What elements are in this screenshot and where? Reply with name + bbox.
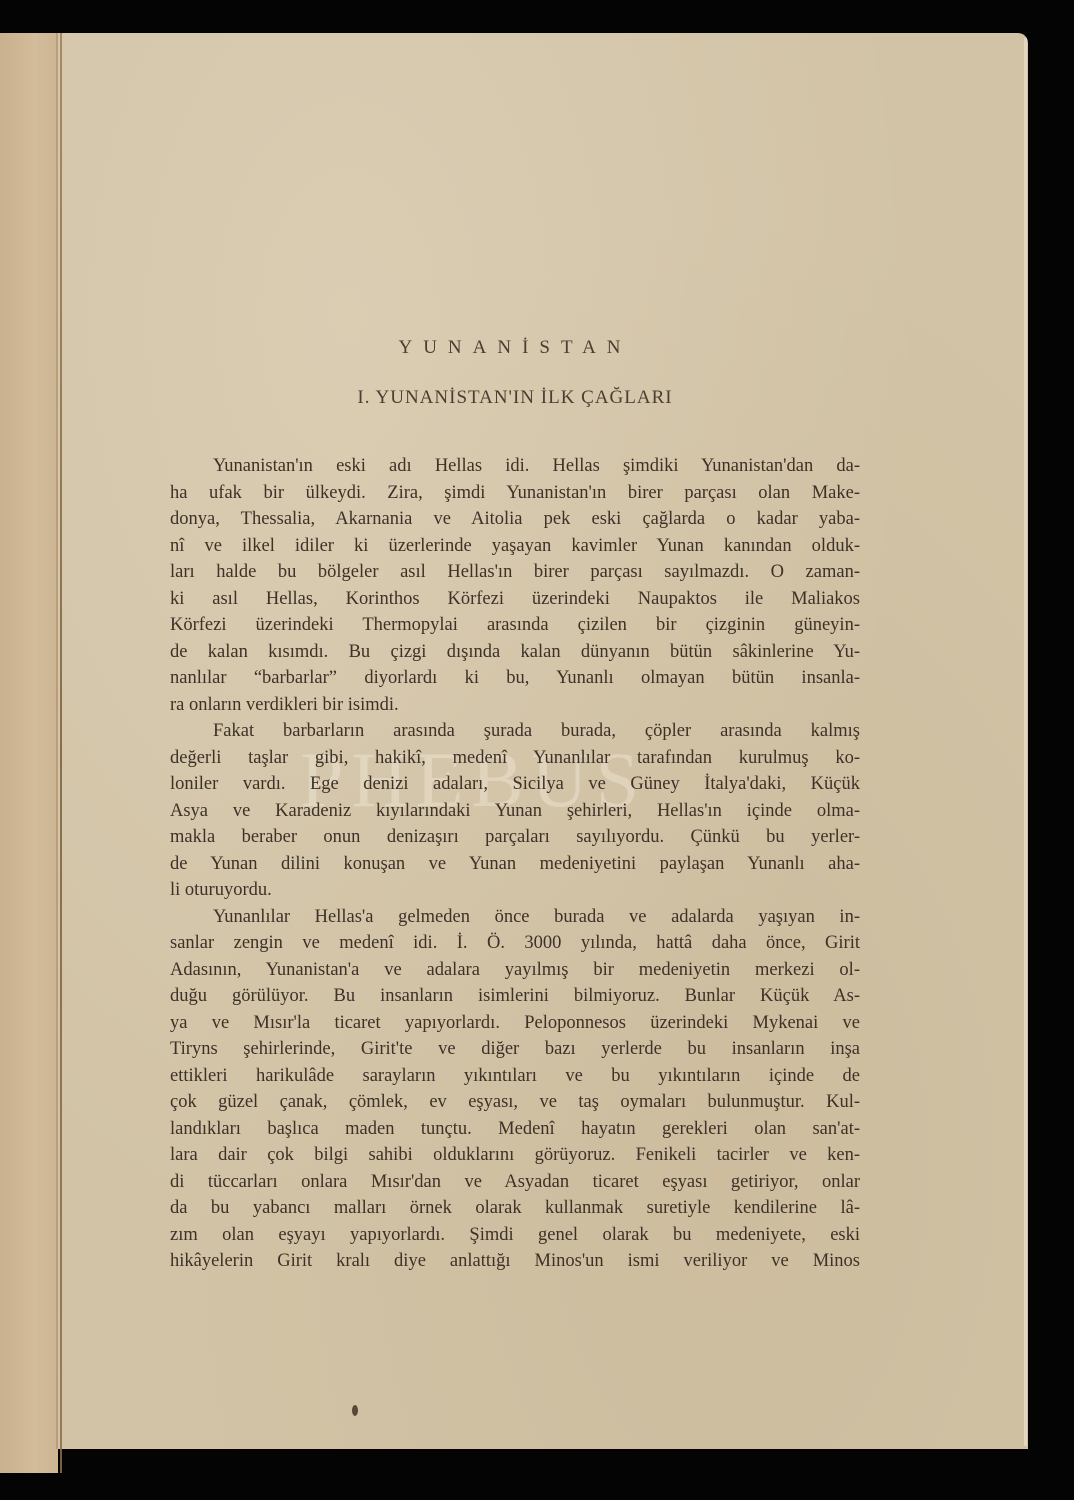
text-line: donya, Thessalia, Akarnania ve Aitolia p… — [170, 506, 860, 532]
text-line: Yunanistan'ın eski adı Hellas idi. Hella… — [213, 453, 860, 479]
text-line: zım olan eşyayı yapıyorlardı. Şimdi gene… — [170, 1222, 860, 1248]
text-line: makla beraber onun denizaşırı parçaları … — [170, 824, 860, 850]
text-line: Yunanlılar Hellas'a gelmeden önce burada… — [213, 904, 860, 930]
text-line: di tüccarları onlara Mısır'dan ve Asyada… — [170, 1169, 860, 1195]
text-line: çok güzel çanak, çömlek, ev eşyası, ve t… — [170, 1089, 860, 1115]
text-line: ra onların verdikleri bir isimdi. — [170, 692, 860, 718]
page-gutter — [60, 33, 62, 1473]
left-page-edge — [0, 33, 58, 1473]
text-line: li oturuyordu. — [170, 877, 860, 903]
text-line: Tiryns şehirlerinde, Girit'te ve diğer b… — [170, 1036, 860, 1062]
section-heading: YUNANİSTAN — [170, 337, 860, 359]
text-line: nanlılar “barbarlar” diyorlardı ki bu, Y… — [170, 665, 860, 691]
text-line: duğu görülüyor. Bu insanların isimlerini… — [170, 983, 860, 1009]
text-line: Adasının, Yunanistan'a ve adalara yayılm… — [170, 957, 860, 983]
text-line: landıkları başlıca maden tunçtu. Medenî … — [170, 1116, 860, 1142]
text-line: ya ve Mısır'la ticaret yapıyorlardı. Pel… — [170, 1010, 860, 1036]
text-line: hikâyelerin Girit kralı diye anlattığı M… — [170, 1248, 860, 1274]
text-line: Fakat barbarların arasında şurada burada… — [213, 718, 860, 744]
ink-spot — [352, 1405, 358, 1416]
text-line: ettikleri harikulâde sarayların yıkıntıl… — [170, 1063, 860, 1089]
text-line: da bu yabancı malları örnek olarak kulla… — [170, 1195, 860, 1221]
text-line: ları halde bu bölgeler asıl Hellas'ın bi… — [170, 559, 860, 585]
text-line: ki asıl Hellas, Korinthos Körfezi üzerin… — [170, 586, 860, 612]
text-line: loniler vardı. Ege denizi adaları, Sicil… — [170, 771, 860, 797]
text-line: değerli taşlar gibi, hakikî, medenî Yuna… — [170, 745, 860, 771]
chapter-title: I. YUNANİSTAN'IN İLK ÇAĞLARI — [170, 387, 860, 409]
text-line: ha ufak bir ülkeydi. Zira, şimdi Yunanis… — [170, 480, 860, 506]
text-line: nî ve ilkel idiler ki üzerlerinde yaşaya… — [170, 533, 860, 559]
page-edge-right — [1024, 38, 1027, 1446]
text-line: Asya ve Karadeniz kıyılarındaki Yunan şe… — [170, 798, 860, 824]
text-line: lara dair çok bilgi sahibi olduklarını g… — [170, 1142, 860, 1168]
text-line: sanlar zengin ve medenî idi. İ. Ö. 3000 … — [170, 930, 860, 956]
text-line: de Yunan dilini konuşan ve Yunan medeniy… — [170, 851, 860, 877]
text-line: de kalan kısımdı. Bu çizgi dışında kalan… — [170, 639, 860, 665]
text-line: Körfezi üzerindeki Thermopylai arasında … — [170, 612, 860, 638]
